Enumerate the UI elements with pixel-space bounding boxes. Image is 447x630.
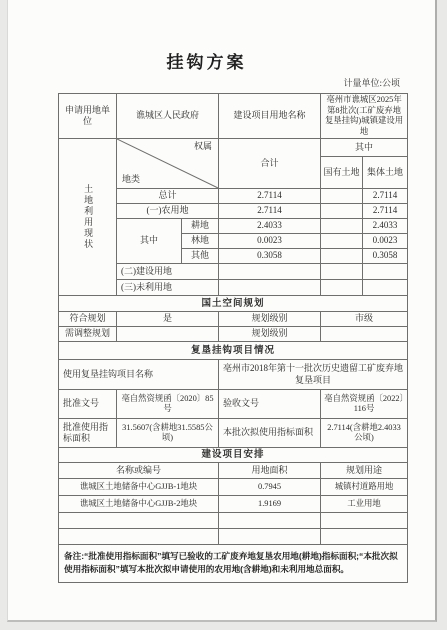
- acceptance-doc-label: 验收文号: [219, 390, 321, 419]
- value-total: [219, 264, 321, 280]
- table-row: 建设项目安排: [59, 448, 408, 463]
- planning-level2-label: 规划级别: [219, 327, 321, 342]
- plot-use: [321, 512, 408, 528]
- col-header-land-area: 用地面积: [219, 462, 321, 478]
- table-row: 备注:“批准使用指标面积”填写已验收的工矿废弃地复垦农用地(耕地)指标面积;“本…: [59, 544, 408, 582]
- approved-area-label: 批准使用指标面积: [59, 419, 117, 448]
- table-row: [59, 512, 408, 528]
- table-row: 批准文号 亳自然资规函〔2020〕85号 验收文号 亳自然资规函〔2022〕11…: [59, 390, 408, 419]
- table-row: 需调整规划 规划级别: [59, 327, 408, 342]
- plot-name: 谯城区土地储备中心GJJB-1地块: [59, 478, 219, 495]
- col-header-planned-use: 规划用途: [321, 462, 408, 478]
- value-total: [219, 280, 321, 296]
- row-label-forest: 林地: [182, 234, 219, 249]
- col-header-among: 其中: [321, 139, 408, 157]
- table-row: 使用复垦挂钩项目名称 亳州市2018年第十一批次历史遗留工矿废弃地复垦项目: [59, 360, 408, 390]
- value-total: 2.7114: [219, 204, 321, 219]
- plot-name: [59, 512, 219, 528]
- scanned-page: 挂钩方案 计量单位:公顷 申请用地单位 谯城区人民政府 建设项目用地名称 亳州市…: [7, 0, 437, 622]
- row-label-cultivated: 耕地: [182, 219, 219, 234]
- value-collective: [363, 280, 408, 296]
- plot-area: 0.7945: [219, 478, 321, 495]
- planning-level-value: 市级: [321, 312, 408, 327]
- approval-doc-label: 批准文号: [59, 390, 117, 419]
- value-collective: 2.4033: [363, 219, 408, 234]
- conform-value: 是: [117, 312, 219, 327]
- group-label-among: 其中: [117, 219, 182, 264]
- row-label-grand-total: 总计: [117, 189, 219, 204]
- plan-table: 申请用地单位 谯城区人民政府 建设项目用地名称 亳州市谯城区2025年第8批次(…: [58, 93, 408, 583]
- value-total: 2.7114: [219, 189, 321, 204]
- section-title-construction: 建设项目安排: [59, 448, 408, 463]
- row-label-agricultural: (一)农用地: [117, 204, 219, 219]
- value-state: [321, 189, 363, 204]
- row-label-construction-land: (二)建设用地: [117, 264, 219, 280]
- plot-use: 工业用地: [321, 495, 408, 512]
- value-state: [321, 204, 363, 219]
- value-total: 0.0023: [219, 234, 321, 249]
- measurement-unit-note: 计量单位:公顷: [343, 76, 400, 89]
- plot-use: 城镇村道路用地: [321, 478, 408, 495]
- value-collective: 0.0023: [363, 234, 408, 249]
- project-name-value: 亳州市谯城区2025年第8批次(工矿废弃地复垦挂钩)城镇建设用地: [321, 94, 408, 139]
- value-collective: [363, 264, 408, 280]
- row-label-unused-land: (三)未利用地: [117, 280, 219, 296]
- applicant-value: 谯城区人民政府: [117, 94, 219, 139]
- land-use-section-label: 土地利用现状: [59, 139, 117, 296]
- table-row: 批准使用指标面积 31.5607(含耕地31.5585公顷) 本批次拟使用指标面…: [59, 419, 408, 448]
- batch-area-label: 本批次拟使用指标面积: [219, 419, 321, 448]
- approval-doc-value: 亳自然资规函〔2020〕85号: [117, 390, 219, 419]
- value-collective: 0.3058: [363, 249, 408, 264]
- value-state: [321, 280, 363, 296]
- value-state: [321, 219, 363, 234]
- adjust-value: [117, 327, 219, 342]
- planning-level2-value: [321, 327, 408, 342]
- planning-level-label: 规划级别: [219, 312, 321, 327]
- value-collective: 2.7114: [363, 189, 408, 204]
- approved-area-value: 31.5607(含耕地31.5585公顷): [117, 419, 219, 448]
- conform-label: 符合规划: [59, 312, 117, 327]
- plot-name: [59, 528, 219, 544]
- batch-area-value: 2.7114(含耕地2.4033公顷): [321, 419, 408, 448]
- plot-use: [321, 528, 408, 544]
- plot-name: 谯城区土地储备中心GJJB-2地块: [59, 495, 219, 512]
- value-total: 2.4033: [219, 219, 321, 234]
- row-label-other: 其他: [182, 249, 219, 264]
- land-type-ownership-header: 权属 地类: [117, 139, 219, 189]
- table-row: 谯城区土地储备中心GJJB-2地块 1.9169 工业用地: [59, 495, 408, 512]
- table-row: 名称或编号 用地面积 规划用途: [59, 462, 408, 478]
- table-row: 谯城区土地储备中心GJJB-1地块 0.7945 城镇村道路用地: [59, 478, 408, 495]
- table-row: 国土空间规划: [59, 296, 408, 312]
- plot-area: [219, 528, 321, 544]
- page-title: 挂钩方案: [8, 48, 405, 73]
- table-row: 申请用地单位 谯城区人民政府 建设项目用地名称 亳州市谯城区2025年第8批次(…: [59, 94, 408, 139]
- section-title-spatial-planning: 国土空间规划: [59, 296, 408, 312]
- value-state: [321, 264, 363, 280]
- reclamation-project-label: 使用复垦挂钩项目名称: [59, 360, 219, 390]
- remark-note: 备注:“批准使用指标面积”填写已验收的工矿废弃地复垦农用地(耕地)指标面积;“本…: [59, 544, 408, 582]
- reclamation-project-value: 亳州市2018年第十一批次历史遗留工矿废弃地复垦项目: [219, 360, 408, 390]
- value-state: [321, 234, 363, 249]
- table-row: 土地利用现状 权属 地类 合计 其中: [59, 139, 408, 157]
- adjust-label: 需调整规划: [59, 327, 117, 342]
- plot-area: [219, 512, 321, 528]
- table-row: 符合规划 是 规划级别 市级: [59, 312, 408, 327]
- acceptance-doc-value: 亳自然资规函〔2022〕116号: [321, 390, 408, 419]
- project-name-label: 建设项目用地名称: [219, 94, 321, 139]
- value-state: [321, 249, 363, 264]
- value-total: 0.3058: [219, 249, 321, 264]
- col-header-name-or-number: 名称或编号: [59, 462, 219, 478]
- value-collective: 2.7114: [363, 204, 408, 219]
- col-header-collective: 集体土地: [363, 157, 408, 189]
- plot-area: 1.9169: [219, 495, 321, 512]
- col-header-state-owned: 国有土地: [321, 157, 363, 189]
- table-row: [59, 528, 408, 544]
- table-row: 复垦挂钩项目情况: [59, 342, 408, 360]
- section-title-reclamation: 复垦挂钩项目情况: [59, 342, 408, 360]
- col-header-total: 合计: [219, 139, 321, 189]
- applicant-label: 申请用地单位: [59, 94, 117, 139]
